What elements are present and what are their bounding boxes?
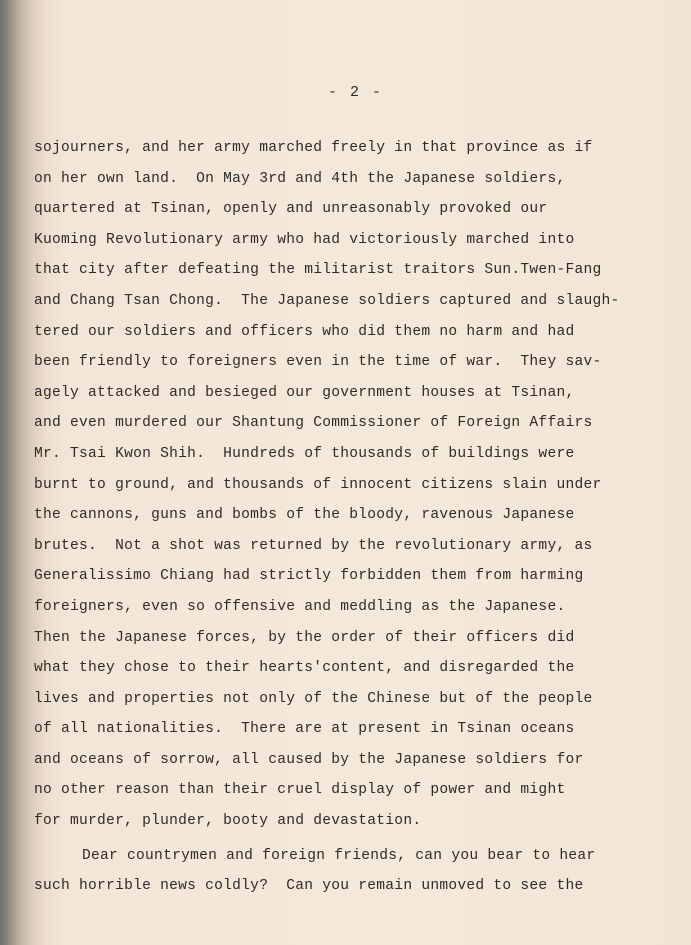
text-line: the cannons, guns and bombs of the blood… [34,500,674,531]
text-line: quartered at Tsinan, openly and unreason… [34,194,674,225]
paragraph-2: Dear countrymen and foreign friends, can… [34,841,674,902]
text-line: burnt to ground, and thousands of innoce… [34,470,674,501]
paragraph-1: sojourners, and her army marched freely … [34,133,674,837]
body-text: sojourners, and her army marched freely … [34,133,674,902]
text-line: of all nationalities. There are at prese… [34,714,674,745]
text-line: and even murdered our Shantung Commissio… [34,408,674,439]
text-line: agely attacked and besieged our governme… [34,378,674,409]
text-line: lives and properties not only of the Chi… [34,684,674,715]
text-line: Dear countrymen and foreign friends, can… [34,841,674,872]
text-line: on her own land. On May 3rd and 4th the … [34,164,674,195]
text-line: that city after defeating the militarist… [34,255,674,286]
text-line: foreigners, even so offensive and meddli… [34,592,674,623]
text-line: Kuoming Revolutionary army who had victo… [34,225,674,256]
text-line: such horrible news coldly? Can you remai… [34,871,674,902]
text-line: for murder, plunder, booty and devastati… [34,806,674,837]
text-line: no other reason than their cruel display… [34,775,674,806]
text-line: what they chose to their hearts'content,… [34,653,674,684]
document-page: - 2 - sojourners, and her army marched f… [0,0,691,945]
text-line: tered our soldiers and officers who did … [34,317,674,348]
text-line: and oceans of sorrow, all caused by the … [34,745,674,776]
text-line: and Chang Tsan Chong. The Japanese soldi… [34,286,674,317]
text-line: Mr. Tsai Kwon Shih. Hundreds of thousand… [34,439,674,470]
text-line: Then the Japanese forces, by the order o… [34,623,674,654]
text-line: brutes. Not a shot was returned by the r… [34,531,674,562]
page-number: - 2 - [0,84,691,101]
text-line: been friendly to foreigners even in the … [34,347,674,378]
text-line: sojourners, and her army marched freely … [34,133,674,164]
text-line: Generalissimo Chiang had strictly forbid… [34,561,674,592]
